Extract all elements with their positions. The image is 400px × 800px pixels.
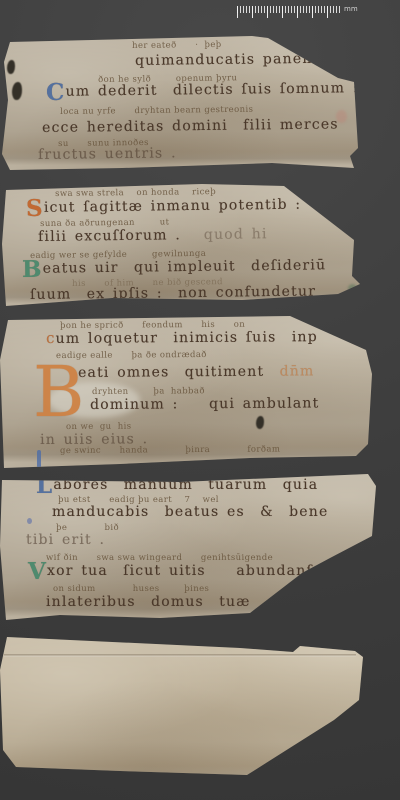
latin-text: dominum : qui ambulant bbox=[90, 395, 320, 413]
latin-text: inlateribus domus tuæ bbox=[46, 594, 251, 610]
initial-l-ascender bbox=[37, 450, 41, 468]
gloss-text: wif ðin swa swa wingeard genihtsūigende bbox=[46, 553, 273, 563]
green-stain bbox=[348, 284, 357, 293]
latin-line: quimanducatis panem dolo bbox=[135, 51, 360, 68]
latin-line: Cum dederit dilectis ſuis ſomnum : bbox=[46, 81, 359, 101]
ink-blot bbox=[256, 416, 264, 429]
gloss-line: eadige ealle þa ðe ondrædað bbox=[56, 351, 207, 361]
latin-line: ecce hereditas domini filii merces bbox=[42, 117, 339, 135]
latin-text: tibi erit . bbox=[26, 532, 105, 548]
parchment-fragment-4: Labores manuum tuarum quia þu etst eadig… bbox=[0, 474, 378, 624]
gloss-line: loca nu yrfe dryhtan bearn gestreonis bbox=[60, 106, 253, 117]
gloss-line: her eateð · þeþ bbox=[132, 41, 222, 51]
manuscript-photo: mm her eateð · þeþ quimanducatis panem d… bbox=[0, 0, 400, 800]
scale-bar: mm bbox=[237, 5, 341, 19]
scale-bar-unit-label: mm bbox=[344, 5, 358, 13]
rubric-text: dn̄m bbox=[264, 363, 314, 379]
latin-line: Labores manuum tuarum quia bbox=[36, 478, 318, 494]
decorated-initial-v: V bbox=[28, 558, 47, 585]
decorated-initial-s: S bbox=[26, 195, 44, 222]
latin-line: inlateribus domus tuæ bbox=[46, 595, 251, 609]
gloss-text: loca nu yrfe dryhtan bearn gestreonis bbox=[60, 105, 253, 117]
latin-text: icut ſagittæ inmanu potentib : bbox=[44, 197, 302, 216]
latin-line: manducabis beatus es & bene bbox=[52, 505, 328, 519]
gloss-line: ge swinc handa þinra forðam bbox=[60, 445, 280, 455]
parchment-fragment-1: her eateð · þeþ quimanducatis panem dolo… bbox=[2, 36, 362, 172]
parchment-fragment-2: swa swa strela on honda riceþ Sicut ſagi… bbox=[2, 182, 364, 310]
gloss-line: on sidum huses þines bbox=[53, 585, 209, 594]
latin-text: abores manuum tuarum quia bbox=[53, 477, 318, 493]
latin-line: Beatus uir qui impleuit deſideriū bbox=[22, 258, 326, 278]
latin-line: fructus uentris . bbox=[38, 146, 177, 162]
latin-text: ſuum ex ipſis : non confundetur bbox=[30, 284, 316, 303]
latin-line: Vxor tua ſicut uitis abundanſ bbox=[28, 564, 313, 580]
tear-hole bbox=[12, 82, 22, 100]
gloss-text: her eateð · þeþ bbox=[132, 40, 222, 51]
latin-text: eatus uir qui impleuit deſideriū bbox=[43, 257, 327, 276]
rubricated-initial-c: c bbox=[46, 329, 56, 347]
latin-text: quimanducatis panem dolo bbox=[135, 50, 360, 69]
gloss-line: dryhten þa habbað bbox=[92, 387, 205, 396]
latin-text: fructus uentris . bbox=[38, 145, 177, 163]
decorated-initial-c: C bbox=[46, 79, 66, 106]
scale-bar-ticks-long bbox=[237, 6, 341, 18]
latin-text: eati omnes quitiment bbox=[78, 364, 264, 381]
latin-text: filii excuſſorum . bbox=[38, 227, 181, 245]
gloss-text: on sidum huses þines bbox=[53, 584, 209, 594]
latin-text: um loquetur inimicis ſuis inp bbox=[56, 329, 318, 347]
latin-text: xor tua ſicut uitis abundanſ bbox=[47, 563, 313, 579]
latin-line: dominum : qui ambulant bbox=[90, 396, 319, 412]
latin-text: um dederit dilectis ſuis ſomnum : bbox=[66, 80, 359, 100]
parchment-fragment-3: B þon he spricð feondum his on cum loque… bbox=[0, 316, 372, 470]
latin-line: eati omnes quitiment dn̄m bbox=[78, 364, 314, 380]
decorated-initial-b: B bbox=[22, 256, 43, 283]
blue-mark bbox=[27, 518, 32, 524]
bleedthrough-text: quod hi bbox=[181, 226, 268, 243]
large-initial-b: B bbox=[33, 360, 84, 424]
parchment-fragment-5 bbox=[0, 630, 368, 790]
gloss-line: swa swa strela on honda riceþ bbox=[55, 188, 216, 198]
gloss-text: ge swinc handa þinra forðam bbox=[60, 444, 280, 456]
gloss-line: on we gu his bbox=[66, 423, 132, 432]
latin-line: tibi erit . bbox=[26, 533, 105, 547]
latin-line: ſuum ex ipſis : non confundetur bbox=[30, 285, 316, 302]
gloss-text: on we gu his bbox=[66, 422, 132, 432]
latin-text: ecce hereditas domini filii merces bbox=[42, 116, 339, 136]
fold-crease bbox=[4, 654, 356, 657]
gloss-line: wif ðin swa swa wingeard genihtsūigende bbox=[46, 554, 273, 563]
latin-line: cum loquetur inimicis ſuis inp bbox=[46, 330, 318, 346]
latin-line: filii excuſſorum . quod hi bbox=[38, 227, 268, 244]
gloss-text: eadige ealle þa ðe ondrædað bbox=[56, 350, 207, 361]
latin-text: manducabis beatus es & bene bbox=[52, 504, 328, 520]
latin-line: Sicut ſagittæ inmanu potentib : bbox=[26, 198, 301, 217]
decorated-initial-l: L bbox=[36, 472, 53, 499]
tear-hole bbox=[7, 60, 15, 74]
